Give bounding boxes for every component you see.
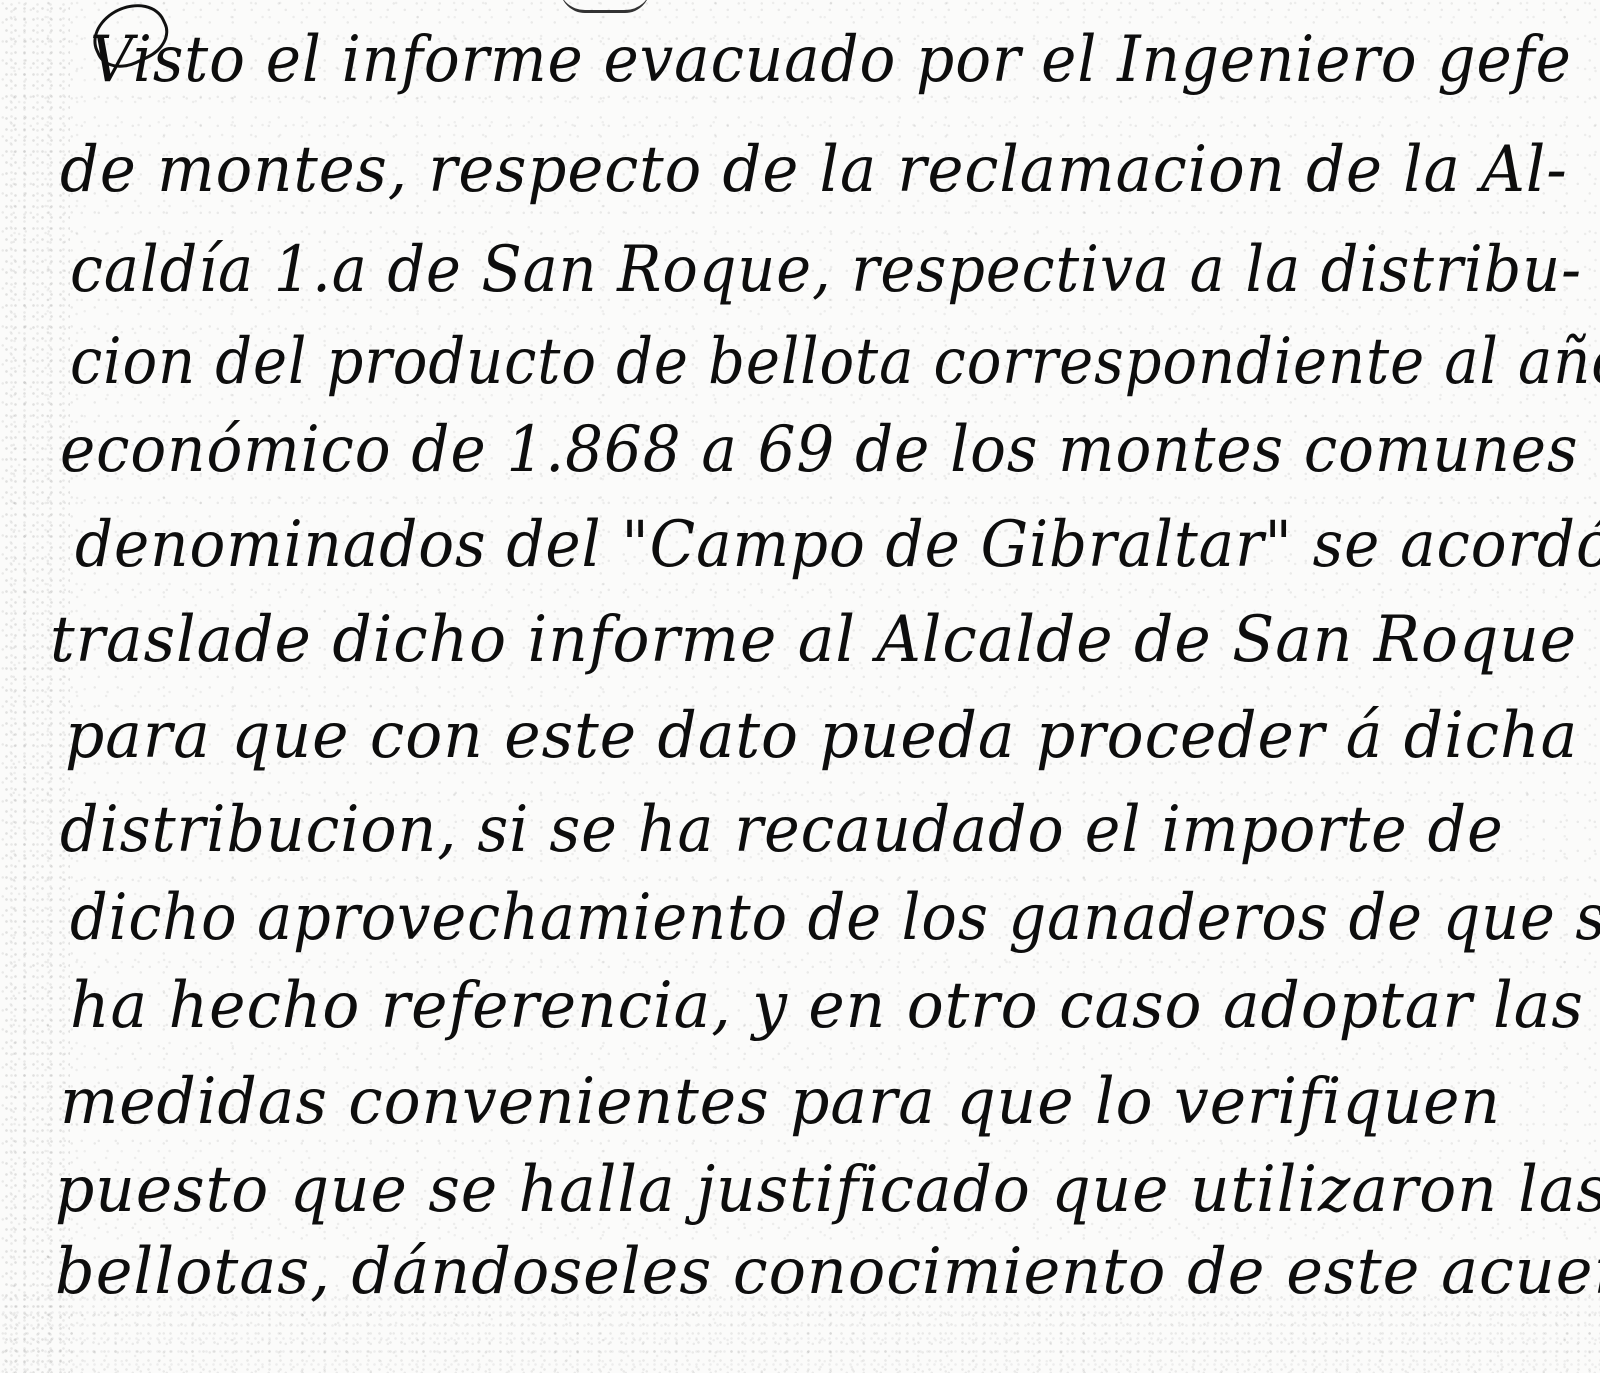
manuscript-line-10: dicho aprovechamiento de los ganaderos d… (70, 878, 1600, 958)
manuscript-line-6: denominados del "Campo de Gibraltar" se … (75, 505, 1600, 585)
manuscript-line-9: distribucion, si se ha recaudado el impo… (60, 790, 1504, 870)
manuscript-line-8: para que con este dato pueda proceder á … (65, 696, 1578, 776)
manuscript-line-11: ha hecho referencia, y en otro caso adop… (70, 966, 1584, 1046)
manuscript-line-1: Visto el informe evacuado por el Ingenie… (90, 20, 1572, 100)
manuscript-line-12: medidas convenientes para que lo verifiq… (60, 1062, 1501, 1142)
manuscript-line-3: caldía 1.a de San Roque, respectiva a la… (70, 230, 1582, 310)
manuscript-page: Visto el informe evacuado por el Ingenie… (0, 0, 1600, 1373)
manuscript-line-2: de montes, respecto de la reclamacion de… (60, 130, 1568, 210)
manuscript-line-7: traslade dicho informe al Alcalde de San… (50, 600, 1577, 680)
manuscript-line-14: bellotas, dándoseles conocimiento de est… (55, 1232, 1600, 1312)
manuscript-line-4: cion del producto de bellota correspondi… (70, 322, 1600, 402)
manuscript-text: Visto el informe evacuado por el Ingenie… (0, 0, 1600, 1373)
manuscript-line-13: puesto que se halla justificado que util… (55, 1150, 1600, 1230)
manuscript-line-5: económico de 1.868 a 69 de los montes co… (60, 410, 1578, 490)
